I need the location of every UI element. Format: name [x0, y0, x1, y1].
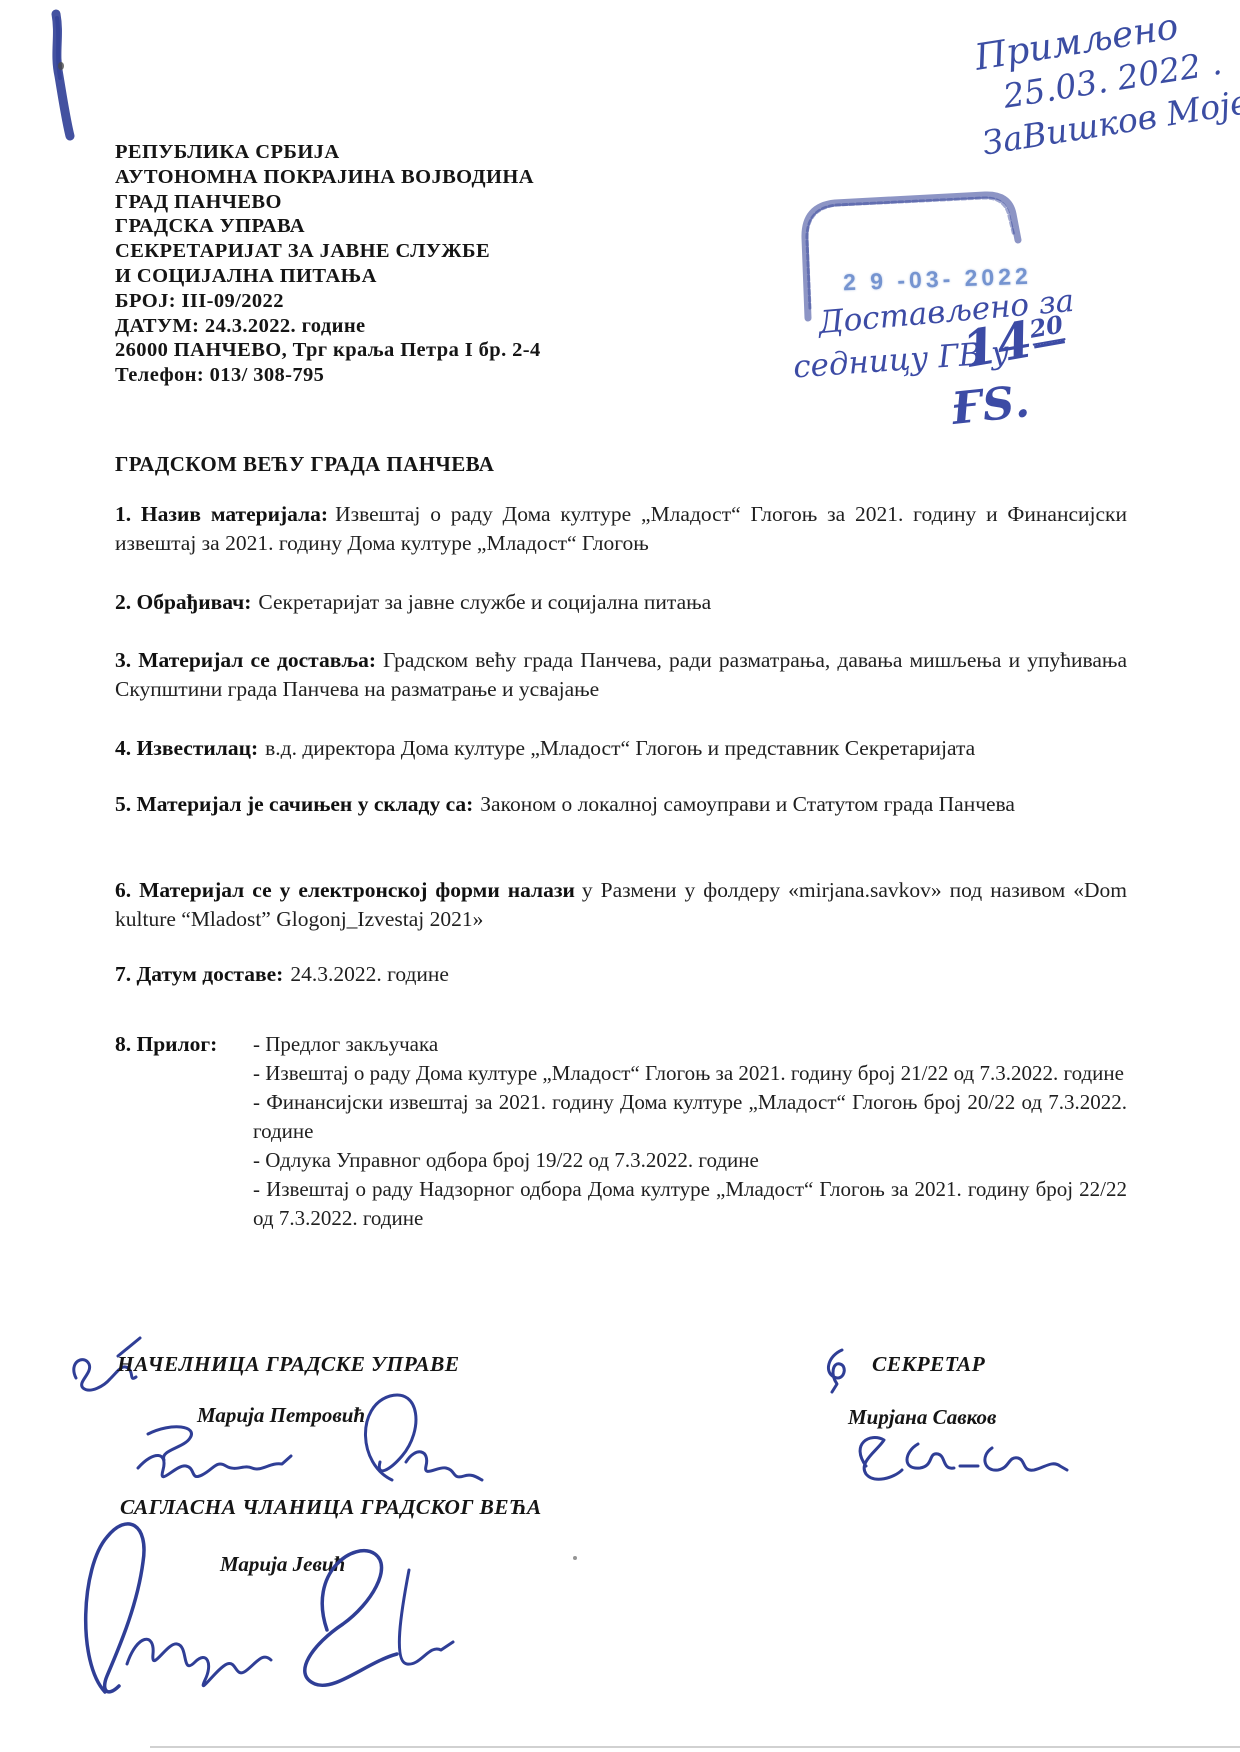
attachment-item: - Извештај о раду Дома културе „Младост“…: [253, 1059, 1127, 1088]
letterhead-line-phone: Телефон: 013/ 308-795: [115, 363, 735, 388]
item-5: 5. Материјал је сачињен у складу са:Зако…: [115, 790, 1127, 819]
item-5-text: Законом о локалној самоуправи и Статутом…: [480, 792, 1015, 816]
item-7-text: 24.3.2022. године: [290, 962, 449, 986]
letterhead-line: ГРАД ПАНЧЕВО: [115, 190, 735, 215]
item-7-label: 7. Датум доставе:: [115, 962, 283, 986]
attachment-list: - Предлог закључака - Извештај о раду До…: [253, 1030, 1127, 1233]
item-3-label: 3. Материјал се доставља:: [115, 648, 376, 672]
letterhead-line: РЕПУБЛИКА СРБИЈА: [115, 140, 735, 165]
scan-artifact-top-left: [44, 8, 84, 143]
signature-scribble-petrovic-2: [330, 1388, 485, 1493]
signature-name-right: Мирјана Савков: [848, 1405, 996, 1430]
time-minutes: 20: [1027, 310, 1065, 346]
letterhead-line-date: ДАТУМ: 24.3.2022. године: [115, 314, 735, 339]
paraph-right-handwriting: [818, 1344, 858, 1396]
letterhead: РЕПУБЛИКА СРБИЈА АУТОНОМНА ПОКРАЈИНА ВОЈ…: [115, 140, 735, 388]
received-note-handwriting: Примљено 25.03. 2022 . ЗаВишков Моје: [972, 0, 1240, 162]
document-page: РЕПУБЛИКА СРБИЈА АУТОНОМНА ПОКРАЈИНА ВОЈ…: [0, 0, 1240, 1752]
attachment-item: - Финансијски извештај за 2021. годину Д…: [253, 1088, 1127, 1146]
item-1-label: 1. Назив материјала:: [115, 502, 328, 526]
letterhead-line: СЕКРЕТАРИЈАТ ЗА ЈАВНЕ СЛУЖБЕ: [115, 239, 735, 264]
scan-artifact-bottom-edge: [150, 1746, 1240, 1748]
letterhead-line: ГРАДСКА УПРАВА: [115, 214, 735, 239]
stamp-handwriting-initials: ҒЅ.: [950, 376, 1032, 435]
letterhead-line-address: 26000 ПАНЧЕВО, Трг краља Петра I бр. 2-4: [115, 338, 735, 363]
scan-artifact-dot: [573, 1556, 577, 1560]
item-2-text: Секретаријат за јавне службе и социјална…: [258, 590, 711, 614]
signature-title-left: НАЧЕЛНИЦА ГРАДСКЕ УПРАВЕ: [117, 1352, 460, 1377]
item-2: 2. Обрађивач:Секретаријат за јавне служб…: [115, 588, 1127, 617]
item-4-text: в.д. директора Дома културе „Младост“ Гл…: [265, 736, 975, 760]
letterhead-line-number: БРОЈ: III-09/2022: [115, 289, 735, 314]
signature-scribble-petrovic-1: [128, 1418, 298, 1496]
item-2-label: 2. Обрађивач:: [115, 590, 251, 614]
signature-scribble-savkov: [832, 1428, 1072, 1490]
attachment-item: - Извештај о раду Надзорног одбора Дома …: [253, 1175, 1127, 1233]
signature-scribble-jevic: [75, 1512, 485, 1722]
time-hours: 14: [958, 309, 1037, 379]
item-4: 4. Известилац:в.д. директора Дома култур…: [115, 734, 1127, 763]
item-3: 3. Материјал се доставља:Градском већу г…: [115, 646, 1127, 703]
item-1: 1. Назив материјала:Извештај о раду Дома…: [115, 500, 1127, 557]
item-8-label: 8. Прилог:: [115, 1030, 253, 1233]
attachment-item: - Предлог закључака: [253, 1030, 1127, 1059]
item-4-label: 4. Известилац:: [115, 736, 258, 760]
item-7: 7. Датум доставе:24.3.2022. године: [115, 960, 1127, 989]
addressee: ГРАДСКОМ ВЕЋУ ГРАДА ПАНЧЕВА: [115, 452, 494, 477]
signature-title-right: СЕКРЕТАР: [872, 1352, 985, 1377]
item-6: 6. Материјал се у електронској форми нал…: [115, 876, 1127, 933]
letterhead-line: И СОЦИЈАЛНА ПИТАЊА: [115, 264, 735, 289]
item-5-label: 5. Материјал је сачињен у складу са:: [115, 792, 473, 816]
item-6-label: 6. Материјал се у електронској форми нал…: [115, 878, 575, 902]
letterhead-line: АУТОНОМНА ПОКРАЈИНА ВОЈВОДИНА: [115, 165, 735, 190]
item-8-attachments: 8. Прилог: - Предлог закључака - Извешта…: [115, 1030, 1127, 1233]
attachment-item: - Одлука Управног одбора број 19/22 од 7…: [253, 1146, 1127, 1175]
